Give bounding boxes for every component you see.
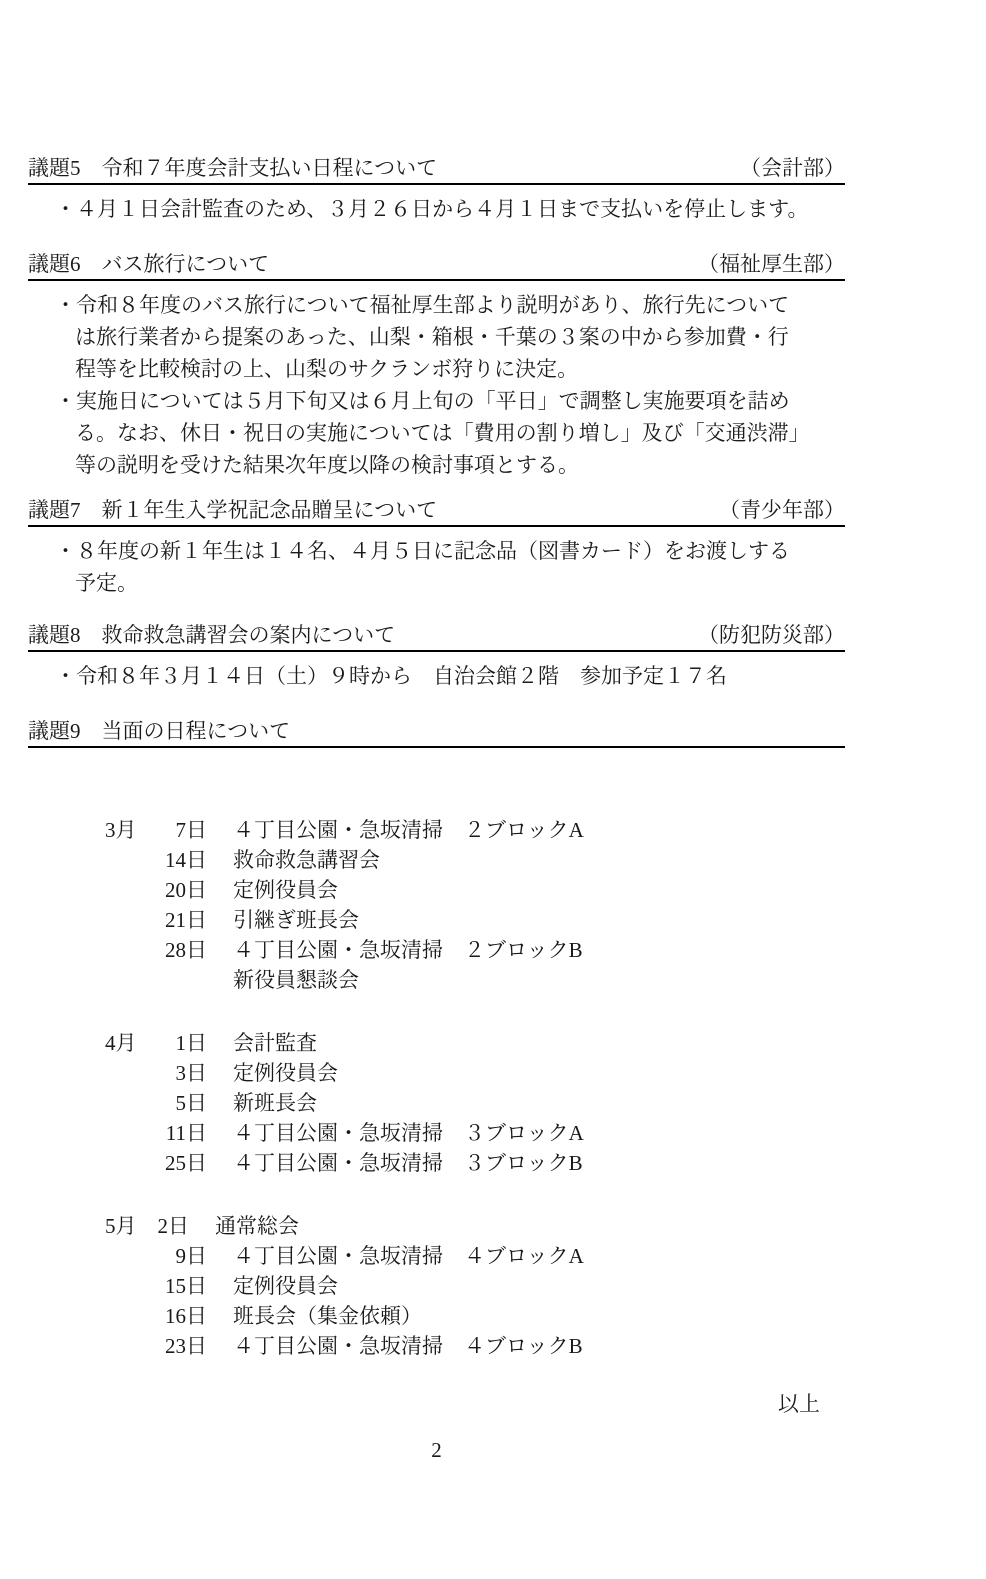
schedule-event: ４丁目公園・急坂清掃 ２ブロックB: [233, 935, 583, 965]
agenda-item-number: 議題9: [28, 720, 81, 743]
schedule-day: 21日: [153, 905, 207, 935]
agenda-item-number: 議題7: [28, 499, 81, 522]
schedule-row: 21日引継ぎ班長会: [28, 905, 845, 935]
schedule-day: 3日: [153, 1058, 207, 1088]
schedule-event: 定例役員会: [233, 1271, 338, 1301]
schedule-event: ４丁目公園・急坂清掃 ３ブロックA: [233, 1118, 584, 1148]
agenda-heading: 議題7新１年生入学祝記念品贈呈について（青少年部）: [28, 499, 845, 527]
schedule-row: 25日４丁目公園・急坂清掃 ３ブロックB: [28, 1148, 845, 1178]
schedule-day: 11日: [153, 1118, 207, 1148]
schedule-event: 救命救急講習会: [233, 845, 380, 875]
schedule-day: 20日: [153, 875, 207, 905]
agenda-body: ・４月１日会計監査のため、３月２６日から４月１日まで支払いを停止します。: [28, 193, 845, 225]
agenda-body-line: ・４月１日会計監査のため、３月２６日から４月１日まで支払いを停止します。: [28, 193, 845, 225]
schedule-row: 23日４丁目公園・急坂清掃 ４ブロックB: [28, 1331, 845, 1361]
agenda-heading: 議題9当面の日程について: [28, 720, 845, 748]
agenda-item-department: （青少年部）: [719, 499, 845, 522]
agenda-item-title: 新１年生入学祝記念品贈呈について: [102, 499, 438, 522]
schedule-month-group: 4月1日会計監査3日定例役員会5日新班長会11日４丁目公園・急坂清掃 ３ブロック…: [28, 1028, 845, 1178]
agenda-heading-left: 議題5令和７年度会計支払い日程について: [28, 157, 437, 180]
schedule-event: ４丁目公園・急坂清掃 ２ブロックA: [233, 815, 584, 845]
schedule-row: 14日救命救急講習会: [28, 845, 845, 875]
schedule-event: 新班長会: [233, 1088, 317, 1118]
schedule-row: 5月2日通常総会: [28, 1211, 845, 1241]
schedule-event: 通常総会: [215, 1211, 299, 1241]
schedule-month-label: [105, 935, 153, 965]
schedule-row: 3月7日４丁目公園・急坂清掃 ２ブロックA: [28, 815, 845, 845]
agenda-item-number: 議題8: [28, 624, 81, 647]
agenda-item-title: 救命救急講習会の案内について: [102, 624, 396, 647]
agenda-heading: 議題6バス旅行について（福祉厚生部）: [28, 253, 845, 281]
schedule-month-label: [105, 1148, 153, 1178]
agenda-section: 議題9当面の日程について: [28, 720, 845, 748]
schedule-event: 引継ぎ班長会: [233, 905, 359, 935]
agenda-heading: 議題8救命救急講習会の案内について（防犯防災部）: [28, 624, 845, 652]
agenda-body-line: ・令和８年３月１４日（土）９時から 自治会館２階 参加予定１７名: [28, 660, 845, 692]
agenda-item-number: 議題6: [28, 253, 81, 276]
schedule-day: 23日: [153, 1331, 207, 1361]
agenda-item-number: 議題5: [28, 157, 81, 180]
schedule-event: 会計監査: [233, 1028, 317, 1058]
schedule-month-group: 5月2日通常総会9日４丁目公園・急坂清掃 ４ブロックA15日定例役員会16日班長…: [28, 1211, 845, 1361]
schedule-month-label: 5月: [105, 1211, 153, 1241]
schedule-event: ４丁目公園・急坂清掃 ４ブロックB: [233, 1331, 583, 1361]
schedule-day: 28日: [153, 935, 207, 965]
agenda-section: 議題5令和７年度会計支払い日程について（会計部）・４月１日会計監査のため、３月２…: [28, 157, 845, 225]
agenda-body-line: る。なお、休日・祝日の実施については「費用の割り増し」及び「交通渋滞」: [28, 417, 845, 449]
schedule-day: [153, 965, 207, 995]
schedule-month-label: [105, 1241, 153, 1271]
schedule-list: 3月7日４丁目公園・急坂清掃 ２ブロックA14日救命救急講習会20日定例役員会2…: [28, 815, 845, 1361]
schedule-row: 9日４丁目公園・急坂清掃 ４ブロックA: [28, 1241, 845, 1271]
schedule-event: 定例役員会: [233, 1058, 338, 1088]
schedule-month-label: 4月: [105, 1028, 153, 1058]
schedule-day: 5日: [153, 1088, 207, 1118]
schedule-month-label: [105, 1301, 153, 1331]
schedule-month-label: [105, 1088, 153, 1118]
agenda-heading: 議題5令和７年度会計支払い日程について（会計部）: [28, 157, 845, 185]
agenda-heading-left: 議題6バス旅行について: [28, 253, 269, 276]
agenda-body-line: ・令和８年度のバス旅行について福祉厚生部より説明があり、旅行先について: [28, 289, 845, 321]
agenda-body-line: ・実施日については５月下旬又は６月上旬の「平日」で調整し実施要項を詰め: [28, 385, 845, 417]
agenda-list: 議題5令和７年度会計支払い日程について（会計部）・４月１日会計監査のため、３月２…: [28, 157, 845, 748]
agenda-item-title: 令和７年度会計支払い日程について: [102, 157, 438, 180]
schedule-row: 20日定例役員会: [28, 875, 845, 905]
schedule-event: 班長会（集金依頼）: [233, 1301, 422, 1331]
schedule-day: 1日: [153, 1028, 207, 1058]
agenda-item-department: （福祉厚生部）: [698, 253, 845, 276]
schedule-month-group: 3月7日４丁目公園・急坂清掃 ２ブロックA14日救命救急講習会20日定例役員会2…: [28, 815, 845, 995]
schedule-event: 定例役員会: [233, 875, 338, 905]
agenda-body-line: は旅行業者から提案のあった、山梨・箱根・千葉の３案の中から参加費・行: [28, 321, 845, 353]
schedule-event: 新役員懇談会: [233, 965, 359, 995]
schedule-month-label: [105, 1118, 153, 1148]
schedule-month-label: [105, 1271, 153, 1301]
agenda-section: 議題7新１年生入学祝記念品贈呈について（青少年部）・８年度の新１年生は１４名、４…: [28, 499, 845, 599]
schedule-row: 3日定例役員会: [28, 1058, 845, 1088]
agenda-item-title: バス旅行について: [102, 253, 270, 276]
schedule-month-label: [105, 965, 153, 995]
schedule-month-label: [105, 905, 153, 935]
agenda-item-department: （防犯防災部）: [698, 624, 845, 647]
schedule-day: 15日: [153, 1271, 207, 1301]
schedule-day: 16日: [153, 1301, 207, 1331]
agenda-section: 議題8救命救急講習会の案内について（防犯防災部）・令和８年３月１４日（土）９時か…: [28, 624, 845, 692]
schedule-day: 2日: [153, 1211, 189, 1241]
schedule-row: 15日定例役員会: [28, 1271, 845, 1301]
agenda-section: 議題6バス旅行について（福祉厚生部）・令和８年度のバス旅行について福祉厚生部より…: [28, 253, 845, 481]
schedule-month-label: [105, 875, 153, 905]
schedule-row: 4月1日会計監査: [28, 1028, 845, 1058]
schedule-month-label: [105, 845, 153, 875]
agenda-item-department: （会計部）: [740, 157, 845, 180]
schedule-row: 新役員懇談会: [28, 965, 845, 995]
schedule-row: 11日４丁目公園・急坂清掃 ３ブロックA: [28, 1118, 845, 1148]
schedule-event: ４丁目公園・急坂清掃 ３ブロックB: [233, 1148, 583, 1178]
schedule-row: 5日新班長会: [28, 1088, 845, 1118]
schedule-row: 28日４丁目公園・急坂清掃 ２ブロックB: [28, 935, 845, 965]
closing-text: 以上: [28, 1388, 845, 1420]
schedule-day: 9日: [153, 1241, 207, 1271]
schedule-day: 25日: [153, 1148, 207, 1178]
agenda-heading-left: 議題8救命救急講習会の案内について: [28, 624, 395, 647]
schedule-day: 14日: [153, 845, 207, 875]
schedule-month-label: [105, 1058, 153, 1088]
agenda-body-line: 程等を比較検討の上、山梨のサクランボ狩りに決定。: [28, 353, 845, 385]
page-number: 2: [28, 1434, 845, 1466]
agenda-body: ・令和８年３月１４日（土）９時から 自治会館２階 参加予定１７名: [28, 660, 845, 692]
schedule-day: 7日: [153, 815, 207, 845]
agenda-body: ・令和８年度のバス旅行について福祉厚生部より説明があり、旅行先については旅行業者…: [28, 289, 845, 481]
agenda-heading-left: 議題7新１年生入学祝記念品贈呈について: [28, 499, 437, 522]
schedule-event: ４丁目公園・急坂清掃 ４ブロックA: [233, 1241, 584, 1271]
agenda-body-line: 予定。: [28, 567, 845, 599]
agenda-item-title: 当面の日程について: [102, 720, 291, 743]
document-page: 議題5令和７年度会計支払い日程について（会計部）・４月１日会計監査のため、３月２…: [28, 0, 845, 1466]
schedule-row: 16日班長会（集金依頼）: [28, 1301, 845, 1331]
schedule-month-label: [105, 1331, 153, 1361]
agenda-heading-left: 議題9当面の日程について: [28, 720, 290, 743]
agenda-body-line: 等の説明を受けた結果次年度以降の検討事項とする。: [28, 449, 845, 481]
schedule-month-label: 3月: [105, 815, 153, 845]
agenda-body-line: ・８年度の新１年生は１４名、４月５日に記念品（図書カード）をお渡しする: [28, 535, 845, 567]
agenda-body: ・８年度の新１年生は１４名、４月５日に記念品（図書カード）をお渡しする予定。: [28, 535, 845, 599]
